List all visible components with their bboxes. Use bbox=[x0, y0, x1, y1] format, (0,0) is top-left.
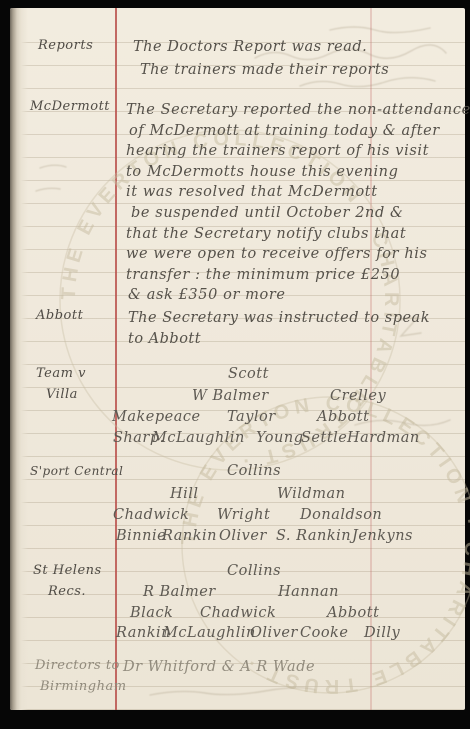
minute-line: to Abbott bbox=[128, 329, 430, 350]
player-name: Collins bbox=[227, 461, 281, 481]
player-name: Hannan bbox=[278, 582, 339, 602]
margin-heading-directors-to: Directors to bbox=[35, 656, 120, 676]
player-name: Settle bbox=[301, 428, 347, 448]
player-name: Hill bbox=[170, 484, 199, 504]
player-name: Scott bbox=[228, 364, 269, 384]
page-binding-edge bbox=[10, 8, 28, 710]
player-name: Hardman bbox=[347, 428, 420, 448]
minute-line: The Secretary reported the non-attendanc… bbox=[126, 100, 470, 121]
player-name: Donaldson bbox=[300, 505, 382, 525]
player-name: Chadwick bbox=[113, 505, 189, 525]
player-name: Taylor bbox=[227, 407, 276, 427]
minute-line: The Doctors Report was read. bbox=[133, 36, 389, 59]
player-name: Abbott bbox=[317, 407, 369, 427]
player-name: W Balmer bbox=[192, 386, 269, 406]
margin-heading-southport-central: S'port Central bbox=[30, 461, 123, 481]
minute-line: that the Secretary notify clubs that bbox=[126, 224, 470, 245]
player-name: S. Rankin bbox=[276, 526, 351, 546]
minute-line: hearing the trainers report of his visit bbox=[126, 141, 470, 162]
minute-line: The trainers made their reports bbox=[140, 59, 389, 82]
player-name: Wildman bbox=[277, 484, 345, 504]
margin-heading-villa: Villa bbox=[46, 385, 78, 405]
scanned-minute-book-photo: THE EVERTON COLLECTION · CHARITABLE TRUS… bbox=[0, 0, 470, 729]
player-name: Makepeace bbox=[112, 407, 201, 427]
player-name: Chadwick bbox=[200, 603, 276, 623]
margin-heading-abbott: Abbott bbox=[36, 306, 83, 326]
margin-heading-recs: Recs. bbox=[48, 582, 86, 602]
margin-heading-team-v: Team v bbox=[36, 364, 86, 384]
margin-heading-st-helens: St Helens bbox=[33, 561, 102, 581]
player-name: Dilly bbox=[364, 623, 400, 643]
minute-entry-abbott: The Secretary was instructed to speak to… bbox=[128, 308, 430, 350]
player-name: Jenkyns bbox=[352, 526, 413, 546]
minute-line: transfer : the minimum price £250 bbox=[126, 265, 470, 286]
player-name: Abbott bbox=[327, 603, 379, 623]
player-name: Wright bbox=[217, 505, 270, 525]
margin-rule-line bbox=[115, 8, 117, 710]
player-name: Rankin bbox=[162, 526, 217, 546]
minute-line: be suspended until October 2nd & bbox=[131, 203, 470, 224]
minute-entry-reports: The Doctors Report was read. The trainer… bbox=[133, 36, 389, 82]
margin-heading-reports: Reports bbox=[38, 36, 93, 56]
player-name: R Balmer bbox=[143, 582, 216, 602]
minute-line: it was resolved that McDermott bbox=[126, 182, 470, 203]
minute-line: of McDermott at training today & after bbox=[129, 121, 470, 142]
player-name: McLaughlin bbox=[163, 623, 256, 643]
minute-line: The Secretary was instructed to speak bbox=[128, 308, 430, 329]
margin-heading-birmingham: Birmingham bbox=[40, 677, 127, 697]
minute-line: Dr Whitford & A R Wade bbox=[123, 657, 315, 677]
player-name: Cooke bbox=[300, 623, 348, 643]
player-name: McLaughlin bbox=[152, 428, 245, 448]
minute-line: & ask £350 or more bbox=[128, 285, 470, 306]
player-name: Black bbox=[130, 603, 173, 623]
player-name: Crelley bbox=[330, 386, 386, 406]
player-name: Oliver bbox=[250, 623, 298, 643]
minute-entry-mcdermott: The Secretary reported the non-attendanc… bbox=[126, 100, 470, 306]
player-name: Young bbox=[256, 428, 304, 448]
player-name: Oliver bbox=[219, 526, 267, 546]
margin-heading-mcdermott: McDermott bbox=[30, 97, 110, 117]
minute-line: we were open to receive offers for his bbox=[126, 244, 470, 265]
minute-line: to McDermotts house this evening bbox=[126, 162, 470, 183]
player-name: Binnie bbox=[116, 526, 166, 546]
player-name: Collins bbox=[227, 561, 281, 581]
